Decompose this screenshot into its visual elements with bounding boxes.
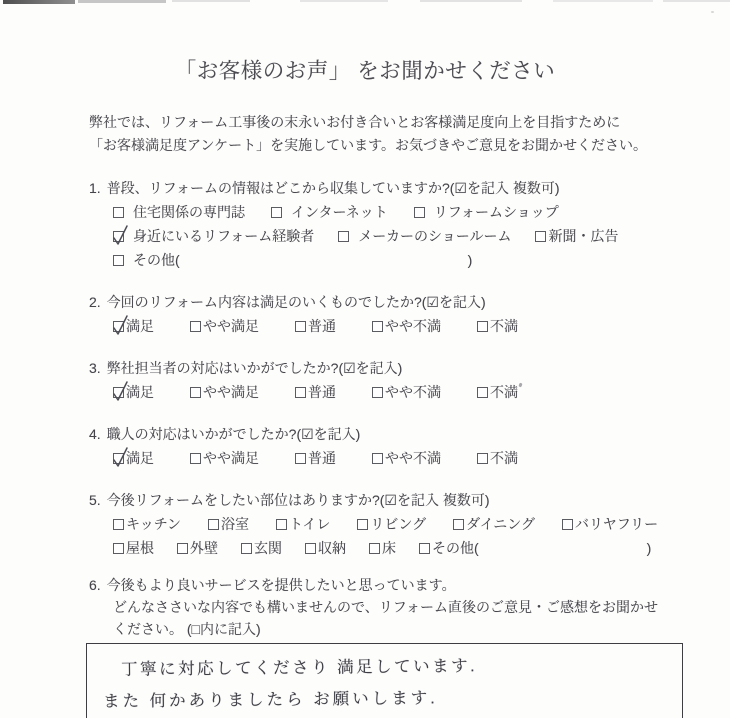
option-row: 満足やや満足普通やや不満不満 <box>113 381 730 403</box>
option-label: やや満足 <box>203 382 259 403</box>
option-label: やや満足 <box>203 316 259 337</box>
comment-box: 丁寧に対応してくださり 満足しています. また 何かありましたら お願いします. <box>86 643 683 718</box>
checkbox-option: 屋根 <box>113 538 154 559</box>
checkbox <box>453 519 464 530</box>
checkbox <box>305 543 316 554</box>
blank-write-in-space <box>479 548 647 549</box>
question-number: 6. <box>89 577 101 593</box>
checkbox-option: 外壁 <box>177 538 218 559</box>
question-text: 今後もより良いサービスを提供したいと思っています。 <box>107 577 456 593</box>
questions: 1.普段、リフォームの情報はどこから収集していますか?(☑を記入 複数可)住宅関… <box>89 178 730 640</box>
option-row: 屋根外壁玄関収納床その他() <box>113 537 730 559</box>
question-number: 2. <box>89 294 101 310</box>
checkbox-option: 満足 <box>113 316 154 337</box>
checkbox-option: 収納 <box>305 538 346 559</box>
question-q3: 3.弊社担当者の対応はいかがでしたか?(☑を記入)満足やや満足普通やや不満不満 <box>89 358 730 403</box>
checkbox-option: やや不満 <box>372 382 441 403</box>
checkbox <box>177 543 188 554</box>
checkbox-option: 普通 <box>295 316 336 337</box>
question-text: 普段、リフォームの情報はどこから収集していますか?(☑を記入 複数可) <box>107 180 560 196</box>
checkbox <box>535 231 546 242</box>
option-label: リフォームショップ <box>434 202 559 223</box>
option-row: 身近にいるリフォーム経験者メーカーのショールーム新聞・広告 <box>113 225 730 247</box>
page-title: 「お客様のお声」 をお聞かせください <box>0 0 730 85</box>
checkbox <box>372 453 383 464</box>
question-line: どんなささいな内容でも構いませんので、リフォーム直後のご意見・ご感想をお聞かせ <box>113 596 730 618</box>
option-label: 不満 <box>490 316 518 337</box>
option-row: その他() <box>113 249 730 271</box>
checkbox-option: リフォームショップ <box>414 202 559 223</box>
option-suffix: ) <box>647 538 652 559</box>
checkbox <box>295 321 306 332</box>
question-text: 職人の対応はいかがでしたか?(☑を記入) <box>107 426 361 442</box>
question-text: 今後リフォームをしたい部位はありますか?(☑を記入 複数可) <box>107 492 490 508</box>
checkbox-option: メーカーのショールーム <box>338 226 511 247</box>
handwritten-comment-line: また 何かありましたら お願いします. <box>103 684 438 712</box>
checkbox <box>271 207 282 218</box>
checkmark-icon <box>110 312 132 338</box>
checkbox-option: やや不満 <box>372 448 441 469</box>
question-number: 5. <box>89 492 101 508</box>
checkbox-option: 浴室 <box>208 514 249 535</box>
checkbox-option: インターネット <box>271 202 388 223</box>
option-label: 玄関 <box>254 538 282 559</box>
option-label: 普通 <box>308 316 336 337</box>
option-row: 満足やや満足普通やや不満不満 <box>113 315 730 337</box>
checkbox <box>113 543 124 554</box>
checkbox-option: キッチン <box>113 514 181 535</box>
checkbox-option: やや不満 <box>372 316 441 337</box>
option-label: キッチン <box>126 514 181 535</box>
question-q5: 5.今後リフォームをしたい部位はありますか?(☑を記入 複数可)キッチン浴室トイ… <box>89 490 730 559</box>
checkbox-option: 不満 <box>477 382 518 403</box>
checkbox-option: その他() <box>419 538 651 559</box>
checkbox-option: 普通 <box>295 448 336 469</box>
checkbox-option: ダイニング <box>453 514 535 535</box>
checkbox-option: やや満足 <box>190 448 259 469</box>
checkbox-option: 満足 <box>113 448 154 469</box>
checkbox-option: 住宅関係の専門誌 <box>113 202 245 223</box>
intro-paragraph: 弊社では、リフォーム工事後の末永いお付き合いとお客様満足度向上を目指すために 「… <box>89 111 649 157</box>
option-row: 満足やや満足普通やや不満不満 <box>113 447 730 469</box>
checked-checkbox <box>113 453 124 464</box>
checkbox <box>113 519 124 530</box>
question-number: 3. <box>89 360 101 376</box>
checked-checkbox <box>113 387 124 398</box>
option-label: リビング <box>370 514 426 535</box>
option-label: 浴室 <box>221 514 249 535</box>
checkbox-option: バリヤフリー <box>562 514 658 535</box>
blank-write-in-space <box>180 260 468 261</box>
question-q1: 1.普段、リフォームの情報はどこから収集していますか?(☑を記入 複数可)住宅関… <box>89 178 730 271</box>
question-heading: 4.職人の対応はいかがでしたか?(☑を記入) <box>89 424 730 445</box>
checked-checkbox <box>113 231 124 242</box>
checkbox <box>241 543 252 554</box>
checkbox-option: 普通 <box>295 382 336 403</box>
checkbox <box>295 453 306 464</box>
checkbox-option: 満足 <box>113 382 154 403</box>
option-label: メーカーのショールーム <box>358 226 511 247</box>
checkbox <box>369 543 380 554</box>
option-row: キッチン浴室トイレリビングダイニングバリヤフリー <box>113 513 730 535</box>
option-label: 身近にいるリフォーム経験者 <box>133 226 314 247</box>
checkbox <box>357 519 368 530</box>
checkmark-icon <box>110 444 132 470</box>
checkbox-option: 身近にいるリフォーム経験者 <box>113 226 314 247</box>
checkbox <box>477 387 488 398</box>
checkbox <box>414 207 425 218</box>
option-label: 不満 <box>490 448 518 469</box>
question-heading: 5.今後リフォームをしたい部位はありますか?(☑を記入 複数可) <box>89 490 730 511</box>
checkbox <box>419 543 430 554</box>
option-label: やや不満 <box>385 316 441 337</box>
checkbox-option: 玄関 <box>241 538 282 559</box>
checkbox-option: トイレ <box>276 514 330 535</box>
question-number: 1. <box>89 180 101 196</box>
checkbox <box>372 387 383 398</box>
option-label: バリヤフリー <box>575 514 658 535</box>
option-label: やや不満 <box>385 382 441 403</box>
checkbox <box>276 519 287 530</box>
checkbox-option: 不満 <box>477 316 518 337</box>
option-label: 住宅関係の専門誌 <box>133 202 245 223</box>
scanned-survey-page: 「お客様のお声」 をお聞かせください 弊社では、リフォーム工事後の末永いお付き合… <box>0 0 730 718</box>
checkbox <box>477 453 488 464</box>
question-q2: 2.今回のリフォーム内容は満足のいくものでしたか?(☑を記入)満足やや満足普通や… <box>89 292 730 337</box>
question-heading: 6.今後もより良いサービスを提供したいと思っています。 <box>89 574 730 596</box>
option-label: 収納 <box>318 538 346 559</box>
question-heading: 2.今回のリフォーム内容は満足のいくものでしたか?(☑を記入) <box>89 292 730 313</box>
intro-line: 弊社では、リフォーム工事後の末永いお付き合いとお客様満足度向上を目指すために <box>89 111 649 134</box>
option-label: 新聞・広告 <box>548 226 618 247</box>
option-label: 屋根 <box>126 538 154 559</box>
option-label: その他( <box>432 538 479 559</box>
checkbox <box>477 321 488 332</box>
option-label: トイレ <box>289 514 330 535</box>
checkbox-option: 新聞・広告 <box>535 226 618 247</box>
checkbox-option: 床 <box>369 538 396 559</box>
checkbox-option: その他() <box>113 250 472 271</box>
checkbox <box>190 321 201 332</box>
checkbox <box>208 519 219 530</box>
checkbox-option: やや満足 <box>190 382 259 403</box>
question-heading: 3.弊社担当者の対応はいかがでしたか?(☑を記入) <box>89 358 730 379</box>
option-label: インターネット <box>291 202 388 223</box>
checkbox <box>372 321 383 332</box>
option-label: 普通 <box>308 382 336 403</box>
option-label: 普通 <box>308 448 336 469</box>
option-label: やや不満 <box>385 448 441 469</box>
question-line: ください。 (□内に記入) <box>113 618 730 640</box>
checkmark-icon <box>110 378 132 404</box>
checkbox-option: リビング <box>357 514 426 535</box>
option-label: ダイニング <box>466 514 535 535</box>
option-row: 住宅関係の専門誌インターネットリフォームショップ <box>113 201 730 223</box>
question-q4: 4.職人の対応はいかがでしたか?(☑を記入)満足やや満足普通やや不満不満 <box>89 424 730 469</box>
checkbox <box>295 387 306 398</box>
checkbox-option: 不満 <box>477 448 518 469</box>
option-label: その他( <box>133 250 180 271</box>
checkbox <box>562 519 573 530</box>
question-q6: 6.今後もより良いサービスを提供したいと思っています。どんなささいな内容でも構い… <box>89 574 730 640</box>
option-label: 外壁 <box>190 538 218 559</box>
option-label: 床 <box>382 538 396 559</box>
option-label: 不満 <box>490 382 518 403</box>
checkbox <box>338 231 349 242</box>
option-label: やや満足 <box>203 448 259 469</box>
handwritten-comment-line: 丁寧に対応してくださり 満足しています. <box>121 652 477 680</box>
checkbox <box>113 255 124 266</box>
checked-checkbox <box>113 321 124 332</box>
checkbox-option: やや満足 <box>190 316 259 337</box>
question-text: 弊社担当者の対応はいかがでしたか?(☑を記入) <box>107 360 403 376</box>
question-number: 4. <box>89 426 101 442</box>
checkbox <box>190 387 201 398</box>
option-suffix: ) <box>468 250 473 271</box>
question-text: 今回のリフォーム内容は満足のいくものでしたか?(☑を記入) <box>107 294 486 310</box>
intro-line: 「お客様満足度アンケート」を実施しています。お気づきやご意見をお聞かせください。 <box>89 134 649 157</box>
checkbox <box>113 207 124 218</box>
checkbox <box>190 453 201 464</box>
question-heading: 1.普段、リフォームの情報はどこから収集していますか?(☑を記入 複数可) <box>89 178 730 199</box>
checkmark-icon <box>110 222 132 248</box>
